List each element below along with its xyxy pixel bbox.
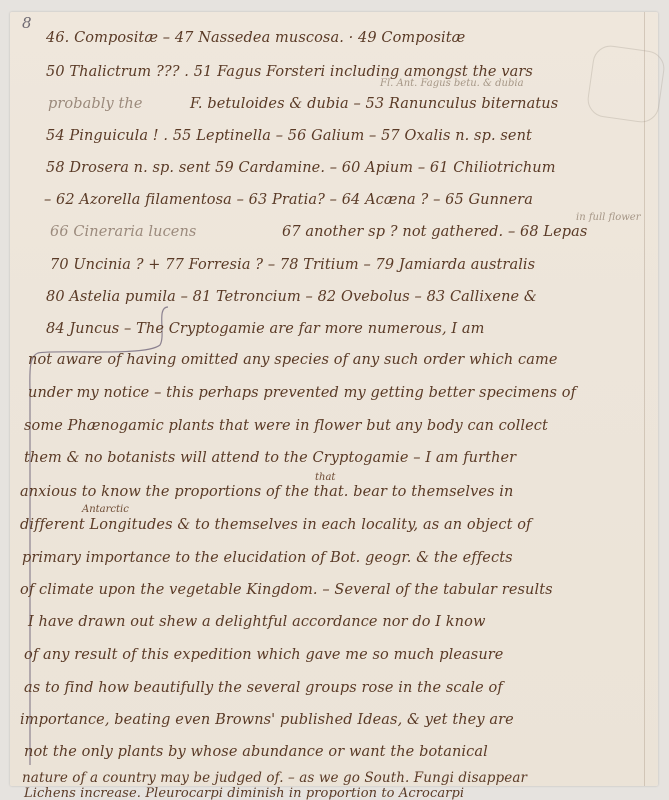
- margin-note-in-full-flower: in full flower: [576, 212, 640, 223]
- line-7-faint: 66 Cineraria lucens: [50, 224, 196, 240]
- interlinear-that: that: [315, 472, 335, 483]
- line-3: F. betuloides & dubia – 53 Ranunculus bi…: [190, 96, 558, 112]
- line-10: 84 Juncus – The Cryptogamie are far more…: [46, 321, 485, 337]
- line-21: as to find how beautifully the several g…: [24, 680, 503, 696]
- line-25: Lichens increase. Pleurocarpi diminish i…: [24, 786, 464, 800]
- interlinear-antarctic: Antarctic: [82, 504, 129, 515]
- line-19: I have drawn out shew a delightful accor…: [28, 614, 485, 630]
- viewer-background: 8 46. Compositæ – 47 Nassedea muscosa. ·…: [0, 0, 669, 800]
- line-17: primary importance to the elucidation of…: [22, 550, 513, 566]
- line-13: some Phænogamic plants that were in flow…: [24, 418, 548, 434]
- line-8: 70 Uncinia ? + 77 Forresia ? – 78 Tritiu…: [50, 257, 535, 273]
- folio-number: 8: [22, 14, 32, 32]
- line-24: nature of a country may be judged of. – …: [22, 770, 527, 786]
- line-12: under my notice – this perhaps prevented…: [28, 385, 576, 401]
- line-4: 54 Pinguicula ! . 55 Leptinella – 56 Gal…: [46, 128, 532, 144]
- line-1: 46. Compositæ – 47 Nassedea muscosa. · 4…: [46, 30, 465, 46]
- line-15: anxious to know the proportions of the t…: [20, 484, 513, 500]
- library-stamp-faint: [585, 43, 666, 124]
- line-23: not the only plants by whose abundance o…: [24, 744, 488, 760]
- line-7: 67 another sp ? not gathered. – 68 Lepas: [282, 224, 587, 240]
- line-16: different Longitudes & to themselves in …: [20, 517, 532, 533]
- line-20: of any result of this expedition which g…: [24, 647, 503, 663]
- line-18: of climate upon the vegetable Kingdom. –…: [20, 582, 553, 598]
- line-22: importance, beating even Browns' publish…: [20, 712, 514, 728]
- line-14: them & no botanists will attend to the C…: [24, 450, 516, 466]
- line-9: 80 Astelia pumila – 81 Tetroncium – 82 O…: [46, 289, 537, 305]
- line-3-faint: probably the: [48, 96, 143, 112]
- margin-note-pencil: Fl. Ant. Fagus betu. & dubia: [380, 78, 524, 89]
- line-11: not aware of having omitted any species …: [28, 352, 558, 368]
- line-6: – 62 Azorella filamentosa – 63 Pratia? –…: [44, 192, 533, 208]
- line-5: 58 Drosera n. sp. sent 59 Cardamine. – 6…: [46, 160, 556, 176]
